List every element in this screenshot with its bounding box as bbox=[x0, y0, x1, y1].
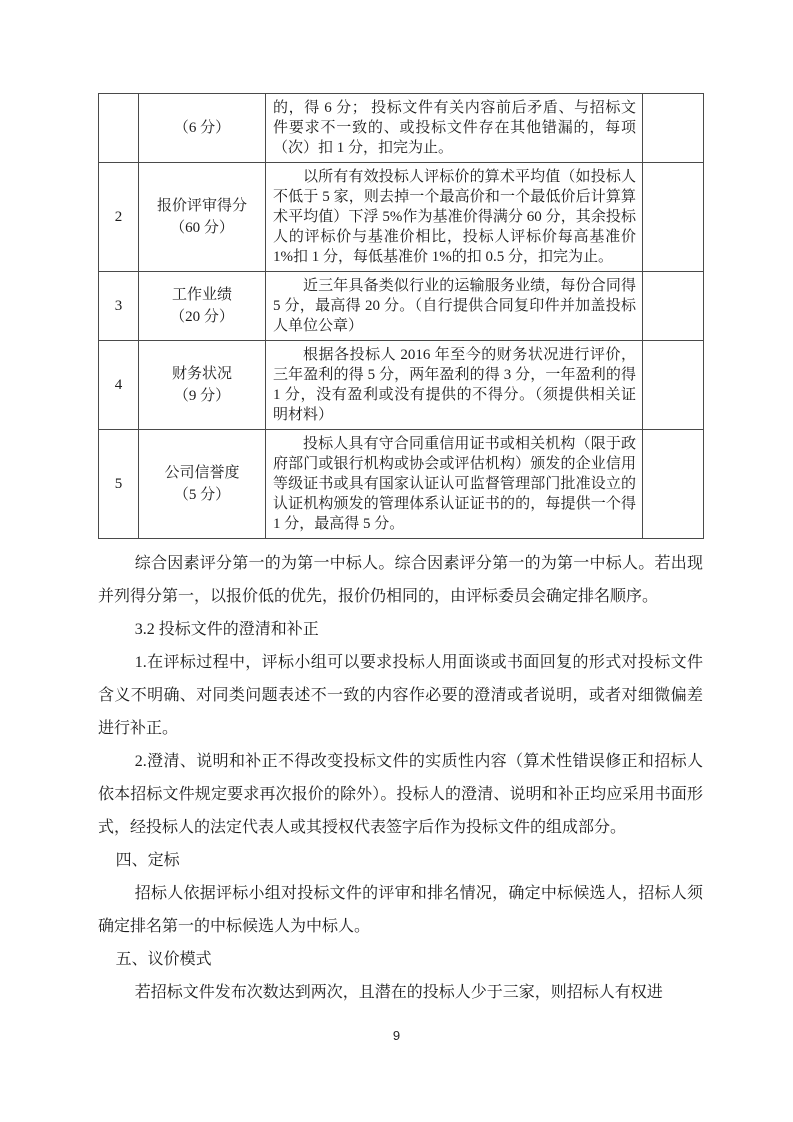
clarification-heading: 3.2 投标文件的澄清和补正 bbox=[98, 613, 703, 646]
criterion-score: （5 分） bbox=[139, 484, 265, 506]
criterion-description-cell: 的，得 6 分； 投标文件有关内容前后矛盾、与招标文件要求不一致的、或投标文件存… bbox=[266, 94, 643, 163]
criterion-description: 的，得 6 分； 投标文件有关内容前后矛盾、与招标文件要求不一致的、或投标文件存… bbox=[266, 94, 642, 162]
criterion-description: 近三年具备类似行业的运输服务业绩，每份合同得 5 分，最高得 20 分。（自行提… bbox=[266, 272, 642, 340]
table-row: （6 分） 的，得 6 分； 投标文件有关内容前后矛盾、与招标文件要求不一致的、… bbox=[99, 94, 704, 163]
row-number-cell: 3 bbox=[99, 272, 139, 341]
criterion-description: 以所有有效投标人评标价的算术平均值（如投标人不低于 5 家，则去掉一个最高价和一… bbox=[266, 163, 642, 271]
row-number-cell: 5 bbox=[99, 430, 139, 539]
criterion-description: 投标人具有守合同重信用证书或相关机构（限于政府部门或银行机构或协会或评估机构）颁… bbox=[266, 430, 642, 538]
negotiation-body-paragraph: 若招标文件发布次数达到两次，且潜在的投标人少于三家，则招标人有权进 bbox=[98, 976, 703, 1009]
table-row: 2 报价评审得分 （60 分） 以所有有效投标人评标价的算术平均值（如投标人不低… bbox=[99, 163, 704, 272]
award-section-heading: 四、定标 bbox=[98, 844, 703, 877]
criterion-description-cell: 投标人具有守合同重信用证书或相关机构（限于政府部门或银行机构或协会或评估机构）颁… bbox=[266, 430, 643, 539]
table-row: 3 工作业绩 （20 分） 近三年具备类似行业的运输服务业绩，每份合同得 5 分… bbox=[99, 272, 704, 341]
award-body-paragraph: 招标人依据评标小组对投标文件的评审和排名情况，确定中标候选人，招标人须确定排名第… bbox=[98, 877, 703, 943]
criterion-cell: 工作业绩 （20 分） bbox=[139, 272, 266, 341]
criteria-table-body: （6 分） 的，得 6 分； 投标文件有关内容前后矛盾、与招标文件要求不一致的、… bbox=[99, 94, 704, 539]
score-entry-cell bbox=[643, 163, 704, 272]
ranking-note-paragraph: 综合因素评分第一的为第一中标人。综合因素评分第一的为第一中标人。若出现并列得分第… bbox=[98, 547, 703, 613]
row-number: 2 bbox=[115, 209, 123, 225]
criterion-cell: 公司信誉度 （5 分） bbox=[139, 430, 266, 539]
row-number-cell bbox=[99, 94, 139, 163]
score-entry-cell bbox=[643, 94, 704, 163]
criterion-description: 根据各投标人 2016 年至今的财务状况进行评价，三年盈利的得 5 分，两年盈利… bbox=[266, 341, 642, 429]
criterion-name: 财务状况 bbox=[139, 363, 265, 385]
criterion-name: 报价评审得分 bbox=[139, 195, 265, 217]
criterion-cell: （6 分） bbox=[139, 94, 266, 163]
row-number: 3 bbox=[115, 298, 123, 314]
criterion-name: 公司信誉度 bbox=[139, 462, 265, 484]
criterion-description-cell: 近三年具备类似行业的运输服务业绩，每份合同得 5 分，最高得 20 分。（自行提… bbox=[266, 272, 643, 341]
score-entry-cell bbox=[643, 430, 704, 539]
row-number-cell: 2 bbox=[99, 163, 139, 272]
row-number: 4 bbox=[115, 377, 123, 393]
criterion-description-cell: 以所有有效投标人评标价的算术平均值（如投标人不低于 5 家，则去掉一个最高价和一… bbox=[266, 163, 643, 272]
clarification-item1-paragraph: 1.在评标过程中，评标小组可以要求投标人用面谈或书面回复的形式对投标文件含义不明… bbox=[98, 646, 703, 745]
table-row: 4 财务状况 （9 分） 根据各投标人 2016 年至今的财务状况进行评价，三年… bbox=[99, 341, 704, 430]
clarification-item2-paragraph: 2.澄清、说明和补正不得改变投标文件的实质性内容（算术性错误修正和招标人依本招标… bbox=[98, 745, 703, 844]
negotiation-section-heading: 五、议价模式 bbox=[98, 943, 703, 976]
evaluation-criteria-table: （6 分） 的，得 6 分； 投标文件有关内容前后矛盾、与招标文件要求不一致的、… bbox=[98, 93, 704, 539]
criterion-cell: 报价评审得分 （60 分） bbox=[139, 163, 266, 272]
criterion-description-cell: 根据各投标人 2016 年至今的财务状况进行评价，三年盈利的得 5 分，两年盈利… bbox=[266, 341, 643, 430]
row-number-cell: 4 bbox=[99, 341, 139, 430]
criterion-score: （6 分） bbox=[139, 117, 265, 139]
score-entry-cell bbox=[643, 341, 704, 430]
criterion-score: （60 分） bbox=[139, 217, 265, 239]
criterion-score: （20 分） bbox=[139, 306, 265, 328]
criterion-name: 工作业绩 bbox=[139, 284, 265, 306]
page-number: 9 bbox=[0, 1028, 793, 1043]
document-page: （6 分） 的，得 6 分； 投标文件有关内容前后矛盾、与招标文件要求不一致的、… bbox=[0, 0, 793, 1122]
score-entry-cell bbox=[643, 272, 704, 341]
table-row: 5 公司信誉度 （5 分） 投标人具有守合同重信用证书或相关机构（限于政府部门或… bbox=[99, 430, 704, 539]
row-number: 5 bbox=[115, 476, 123, 492]
criterion-cell: 财务状况 （9 分） bbox=[139, 341, 266, 430]
criterion-score: （9 分） bbox=[139, 385, 265, 407]
body-text: 综合因素评分第一的为第一中标人。综合因素评分第一的为第一中标人。若出现并列得分第… bbox=[98, 547, 703, 1009]
